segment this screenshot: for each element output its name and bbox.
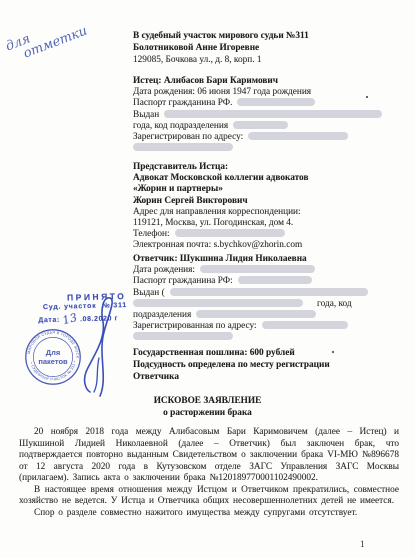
redacted-passport-number [237, 98, 315, 106]
body-paragraph: 20 ноября 2018 года между Алибасовым Бар… [19, 427, 399, 485]
representative-phone-label: Телефон: [133, 229, 170, 239]
representative-phone-line: Телефон: [133, 229, 308, 240]
plaintiff-issued-label: Выдан [133, 110, 159, 120]
defendant-birth-line: Дата рождения: [133, 265, 368, 276]
claim-body: 20 ноября 2018 года между Алибасовым Бар… [19, 427, 399, 519]
representative-block: Представитель Истца: Адвокат Московской … [133, 162, 308, 252]
accepted-stamp-date-label: Дата: [38, 317, 60, 325]
handwritten-note: для отметки [4, 12, 89, 65]
redacted-unit-code [196, 310, 316, 318]
body-paragraph: Спор о разделе совместно нажитого имущес… [19, 508, 399, 520]
plaintiff-address2-line [133, 143, 382, 154]
defendant-block: Ответчик: Шукшина Лидия Николаевна Дата … [133, 254, 368, 344]
defendant-issued-line: Выдан ( [133, 288, 368, 299]
redacted-address-2 [133, 332, 233, 340]
signature-stroke-secondary [94, 358, 99, 392]
fee-jurisdiction2: Ответчика [133, 371, 330, 383]
redacted-address [262, 321, 348, 329]
document-page: для отметки В судебный участок мирового … [0, 0, 415, 558]
signature-stroke-main [85, 298, 113, 396]
seal-center-line1: Для [46, 348, 60, 357]
defendant-registered-line: Зарегистрированная по адресу: [133, 321, 368, 332]
defendant-birth-label: Дата рождения: [133, 265, 195, 275]
fee-amount: Государственная пошлина: 600 рублей [133, 347, 330, 359]
redacted-issue-date [133, 299, 303, 307]
plaintiff-birth-line: Дата рождения: 06 июня 1947 года рождени… [133, 87, 382, 98]
redacted-passport-number [238, 276, 312, 284]
plaintiff-unit-label: года, код подразделения [133, 121, 228, 131]
redacted-address [248, 132, 348, 140]
redacted-issuer [170, 288, 368, 296]
defendant-address2-line [133, 332, 368, 343]
plaintiff-passport-line: Паспорт гражданина РФ. [133, 98, 382, 109]
claim-subtitle: о расторжении брака [0, 408, 415, 420]
defendant-heading: Ответчик: Шукшина Лидия Николаевна [133, 254, 368, 265]
representative-addr: 119121, Москва, ул. Погодинская, дом 4. [133, 218, 308, 229]
court-address-block: В судебный участок мирового судьи №311 Б… [133, 30, 309, 67]
plaintiff-issued-line: Выдан [133, 110, 382, 121]
representative-name: Жорин Сергей Викторович [133, 196, 308, 207]
defendant-unit-label: подразделения [133, 310, 191, 320]
plaintiff-passport-label: Паспорт гражданина РФ. [133, 98, 232, 108]
defendant-unit-line: подразделения [133, 310, 368, 321]
ink-speck [366, 96, 368, 98]
defendant-registered-label: Зарегистрированная по адресу: [133, 321, 257, 331]
judge-name: Болотниковой Анне Игоревне [133, 42, 309, 54]
plaintiff-block: Истец: Алибасов Бари Каримович Дата рожд… [133, 76, 382, 154]
court-address: 129085, Бочкова ул., д. 8, корп. 1 [133, 54, 309, 66]
representative-org1: Адвокат Московской коллегии адвокатов [133, 173, 308, 184]
fee-block: Государственная пошлина: 600 рублей Подс… [133, 347, 330, 384]
ink-speck [332, 351, 334, 353]
redacted-issuer [164, 110, 382, 118]
plaintiff-unit-line: года, код подразделения [133, 121, 382, 132]
plaintiff-registered-line: Зарегистрирован по адресу: [133, 132, 382, 143]
representative-heading: Представитель Истца: [133, 162, 308, 173]
claim-title-block: ИСКОВОЕ ЗАЯВЛЕНИЕ о расторжении брака [0, 396, 415, 419]
redacted-phone [175, 229, 285, 237]
body-paragraph: В настоящее время отношения между Истцом… [19, 485, 399, 508]
representative-org2: «Жорин и партнеры» [133, 184, 308, 195]
defendant-passport-line: Паспорт гражданина РФ: [133, 276, 368, 287]
plaintiff-registered-label: Зарегистрирован по адресу: [133, 132, 243, 142]
page-number: 1 [360, 540, 365, 550]
plaintiff-heading: Истец: Алибасов Бари Каримович [133, 76, 382, 87]
redacted-unit-code [233, 121, 288, 129]
representative-email: Электронная почта: s.bychkov@zhorin.com [133, 240, 308, 251]
redacted-address-2 [133, 143, 233, 151]
fee-jurisdiction: Подсудность определена по месту регистра… [133, 359, 330, 371]
redacted-birthdate [200, 265, 315, 273]
claim-title: ИСКОВОЕ ЗАЯВЛЕНИЕ [0, 396, 415, 408]
defendant-passport-label: Паспорт гражданина РФ: [133, 276, 233, 286]
defendant-unit-tail: года, код [317, 299, 352, 309]
seal-center-line2: пакетов [38, 357, 68, 366]
representative-addr-label: Адрес для направления корреспонденции: [133, 207, 308, 218]
court-name: В судебный участок мирового судьи №311 [133, 30, 309, 42]
defendant-issued-label: Выдан ( [133, 288, 165, 298]
signature-scribble [72, 292, 122, 400]
defendant-unit-tail-line: года, код [133, 299, 368, 310]
